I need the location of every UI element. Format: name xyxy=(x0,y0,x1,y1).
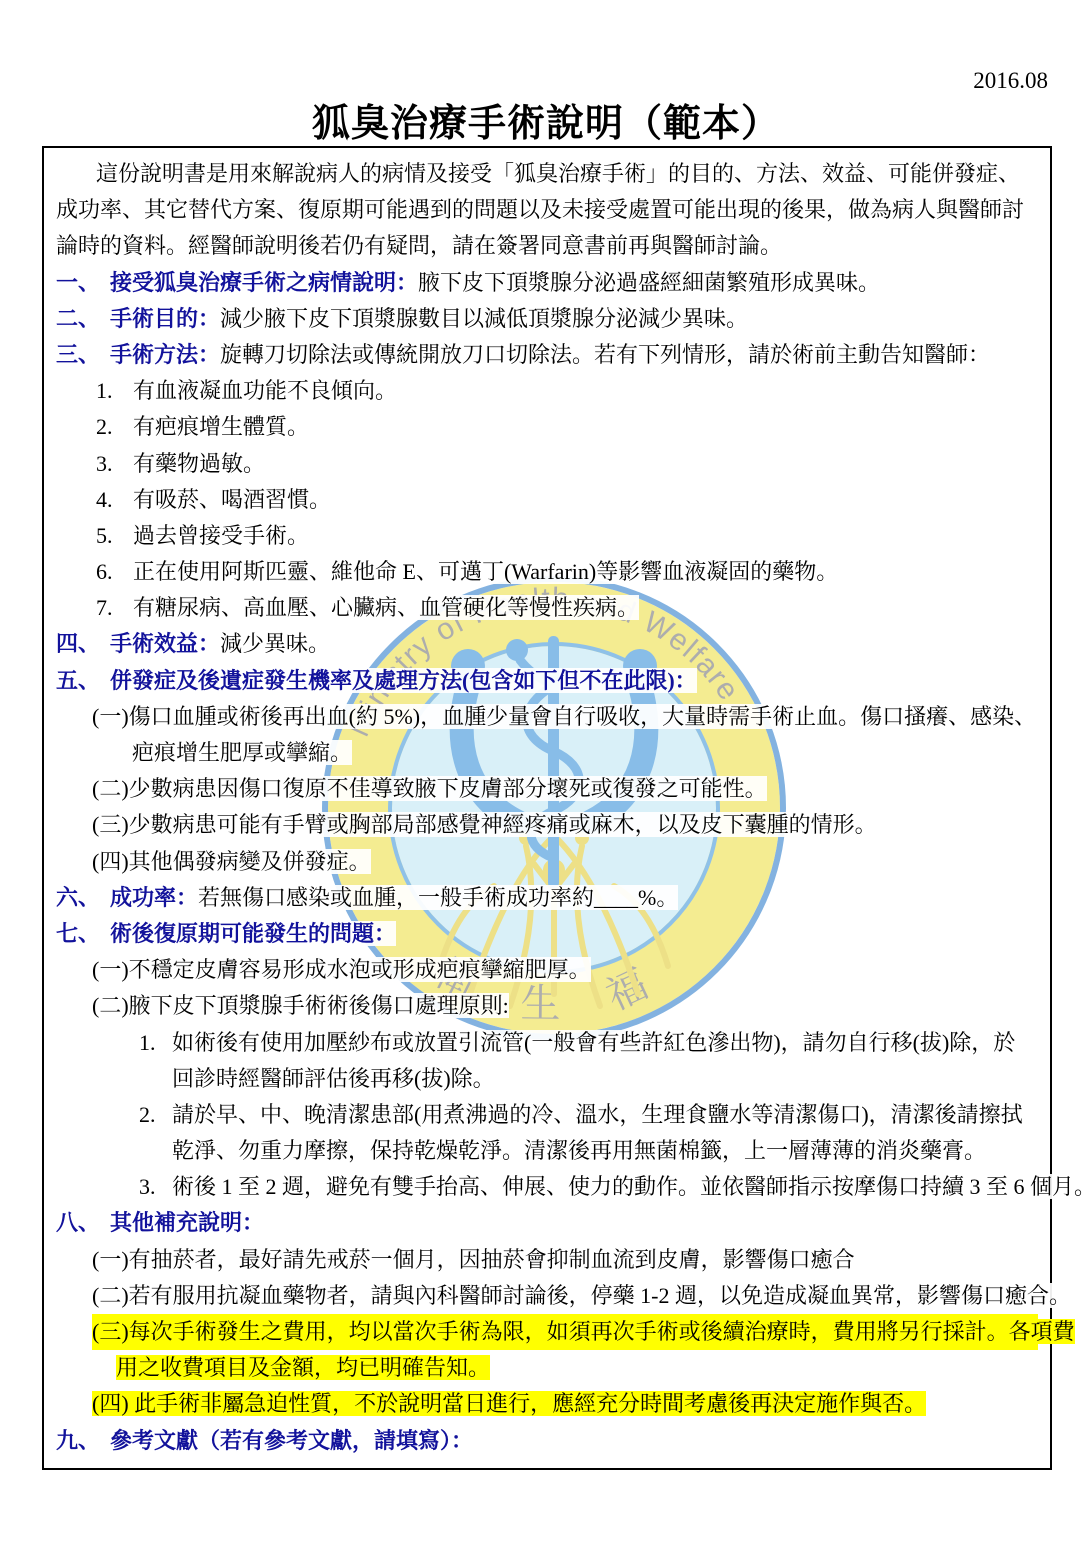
section-5-item-3: (三)少數病患可能有手臂或胸部局部感覺神經疼痛或麻木，以及皮下囊腫的情形。 xyxy=(92,807,1038,843)
section-7-sub-2-line-2: 乾淨、勿重力摩擦，保持乾燥乾淨。清潔後再用無菌棉籤，上一層薄薄的消炎藥膏。 xyxy=(172,1133,1038,1169)
section-5-item-4: (四)其他偶發病變及併發症。 xyxy=(92,844,1038,880)
section-3-heading: 手術方法： xyxy=(110,342,220,367)
section-1-marker: 一、 xyxy=(56,270,100,295)
section-3-item-7: 7.有糖尿病、高血壓、心臟病、血管硬化等慢性疾病。 xyxy=(96,590,1038,626)
section-3: 三、手術方法：旋轉刀切除法或傳統開放刀口切除法。若有下列情形，請於術前主動告知醫… xyxy=(56,337,1038,373)
section-3-item-2: 2.有疤痕增生體質。 xyxy=(96,409,1038,445)
section-7-sub-2-line-1: 2.請於早、中、晚清潔患部(用煮沸過的冷、溫水，生理食鹽水等清潔傷口)，清潔後請… xyxy=(139,1097,1038,1133)
section-5-item-2: (二)少數病患因傷口復原不佳導致腋下皮膚部分壞死或復發之可能性。 xyxy=(92,771,1038,807)
intro-line-2: 成功率、其它替代方案、復原期可能遇到的問題以及未接受處置可能出現的後果，做為病人… xyxy=(56,192,1038,228)
section-6-text: 若無傷口感染或血腫，一般手術成功率約____%。 xyxy=(198,885,678,910)
section-7-marker: 七、 xyxy=(56,921,100,946)
section-8: 八、其他補充說明： xyxy=(56,1205,1038,1241)
section-4-marker: 四、 xyxy=(56,631,100,656)
section-8-item-4-highlighted: (四) 此手術非屬急迫性質，不於說明當日進行，應經充分時間考慮後再決定施作與否。 xyxy=(92,1386,1038,1422)
intro-line-3: 論時的資料。經醫師說明後若仍有疑問，請在簽署同意書前再與醫師討論。 xyxy=(56,228,1038,264)
section-1-text: 腋下皮下頂漿腺分泌過盛經細菌繁殖形成異味。 xyxy=(418,270,880,295)
content-box: 這份說明書是用來解說病人的病情及接受「狐臭治療手術」的目的、方法、效益、可能併發… xyxy=(42,146,1052,1470)
section-4-heading: 手術效益： xyxy=(110,631,220,656)
section-8-heading: 其他補充說明： xyxy=(110,1210,264,1235)
section-2-text: 減少腋下皮下頂漿腺數目以減低頂漿腺分泌減少異味。 xyxy=(220,306,748,331)
section-3-marker: 三、 xyxy=(56,342,100,367)
document-date: 2016.08 xyxy=(973,68,1048,94)
section-5-heading: 併發症及後遺症發生機率及處理方法(包含如下但不在此限)： xyxy=(110,668,697,693)
section-8-marker: 八、 xyxy=(56,1210,100,1235)
section-7-sub-1-line-1: 1.如術後有使用加壓紗布或放置引流管(一般會有些許紅色滲出物)，請勿自行移(拔)… xyxy=(139,1025,1038,1061)
section-6-marker: 六、 xyxy=(56,885,100,910)
section-3-item-5: 5.過去曾接受手術。 xyxy=(96,518,1038,554)
section-7: 七、術後復原期可能發生的問題： xyxy=(56,916,1038,952)
section-8-item-2: (二)若有服用抗凝血藥物者，請與內科醫師討論後，停藥 1-2 週，以免造成凝血異… xyxy=(92,1278,1038,1314)
section-8-item-3-line-2-highlighted: 用之收費項目及金額，均已明確告知。 xyxy=(116,1350,1038,1386)
section-1-heading: 接受狐臭治療手術之病情說明： xyxy=(110,270,418,295)
section-6: 六、成功率：若無傷口感染或血腫，一般手術成功率約____%。 xyxy=(56,880,1038,916)
section-2: 二、手術目的：減少腋下皮下頂漿腺數目以減低頂漿腺分泌減少異味。 xyxy=(56,301,1038,337)
section-2-heading: 手術目的： xyxy=(110,306,220,331)
section-7-sub-3: 3.術後 1 至 2 週，避免有雙手抬高、伸展、使力的動作。並依醫師指示按摩傷口… xyxy=(139,1169,1038,1205)
section-4: 四、手術效益：減少異味。 xyxy=(56,626,1038,662)
section-5-marker: 五、 xyxy=(56,668,100,693)
section-1: 一、接受狐臭治療手術之病情說明：腋下皮下頂漿腺分泌過盛經細菌繁殖形成異味。 xyxy=(56,265,1038,301)
intro-line-1: 這份說明書是用來解說病人的病情及接受「狐臭治療手術」的目的、方法、效益、可能併發… xyxy=(96,156,1038,192)
section-9-heading: 參考文獻（若有參考文獻，請填寫）： xyxy=(110,1428,473,1453)
section-7-item-2: (二)腋下皮下頂漿腺手術術後傷口處理原則: xyxy=(92,988,1038,1024)
section-3-item-6: 6.正在使用阿斯匹靈、維他命 E、可邁丁(Warfarin)等影響血液凝固的藥物… xyxy=(96,554,1038,590)
section-2-marker: 二、 xyxy=(56,306,100,331)
section-5-item-1-line-1: (一)傷口血腫或術後再出血(約 5%)，血腫少量會自行吸收，大量時需手術止血。傷… xyxy=(92,699,1038,735)
section-9-marker: 九、 xyxy=(56,1428,100,1453)
section-4-text: 減少異味。 xyxy=(220,631,330,656)
section-7-item-1: (一)不穩定皮膚容易形成水泡或形成疤痕攣縮肥厚。 xyxy=(92,952,1038,988)
section-6-heading: 成功率： xyxy=(110,885,198,910)
section-9: 九、參考文獻（若有參考文獻，請填寫）： xyxy=(56,1423,1038,1459)
section-3-item-1: 1.有血液凝血功能不良傾向。 xyxy=(96,373,1038,409)
document-title: 狐臭治療手術說明（範本） xyxy=(0,92,1092,147)
section-3-item-3: 3.有藥物過敏。 xyxy=(96,446,1038,482)
document-page: Ministry of Health and Welfare 衛 生 福 利 部 xyxy=(0,0,1092,1544)
section-7-sub-1-line-2: 回診時經醫師評估後再移(拔)除。 xyxy=(172,1061,1038,1097)
section-3-item-4: 4.有吸菸、喝酒習慣。 xyxy=(96,482,1038,518)
section-8-item-1: (一)有抽菸者，最好請先戒菸一個月，因抽菸會抑制血流到皮膚，影響傷口癒合 xyxy=(92,1242,1038,1278)
section-8-item-3-line-1-highlighted: (三)每次手術發生之費用，均以當次手術為限，如須再次手術或後續治療時，費用將另行… xyxy=(92,1314,1038,1350)
section-5-item-1-line-2: 疤痕增生肥厚或攣縮。 xyxy=(132,735,1038,771)
section-5: 五、併發症及後遺症發生機率及處理方法(包含如下但不在此限)： xyxy=(56,663,1038,699)
section-7-heading: 術後復原期可能發生的問題： xyxy=(110,921,396,946)
section-3-text: 旋轉刀切除法或傳統開放刀口切除法。若有下列情形，請於術前主動告知醫師： xyxy=(220,342,990,367)
